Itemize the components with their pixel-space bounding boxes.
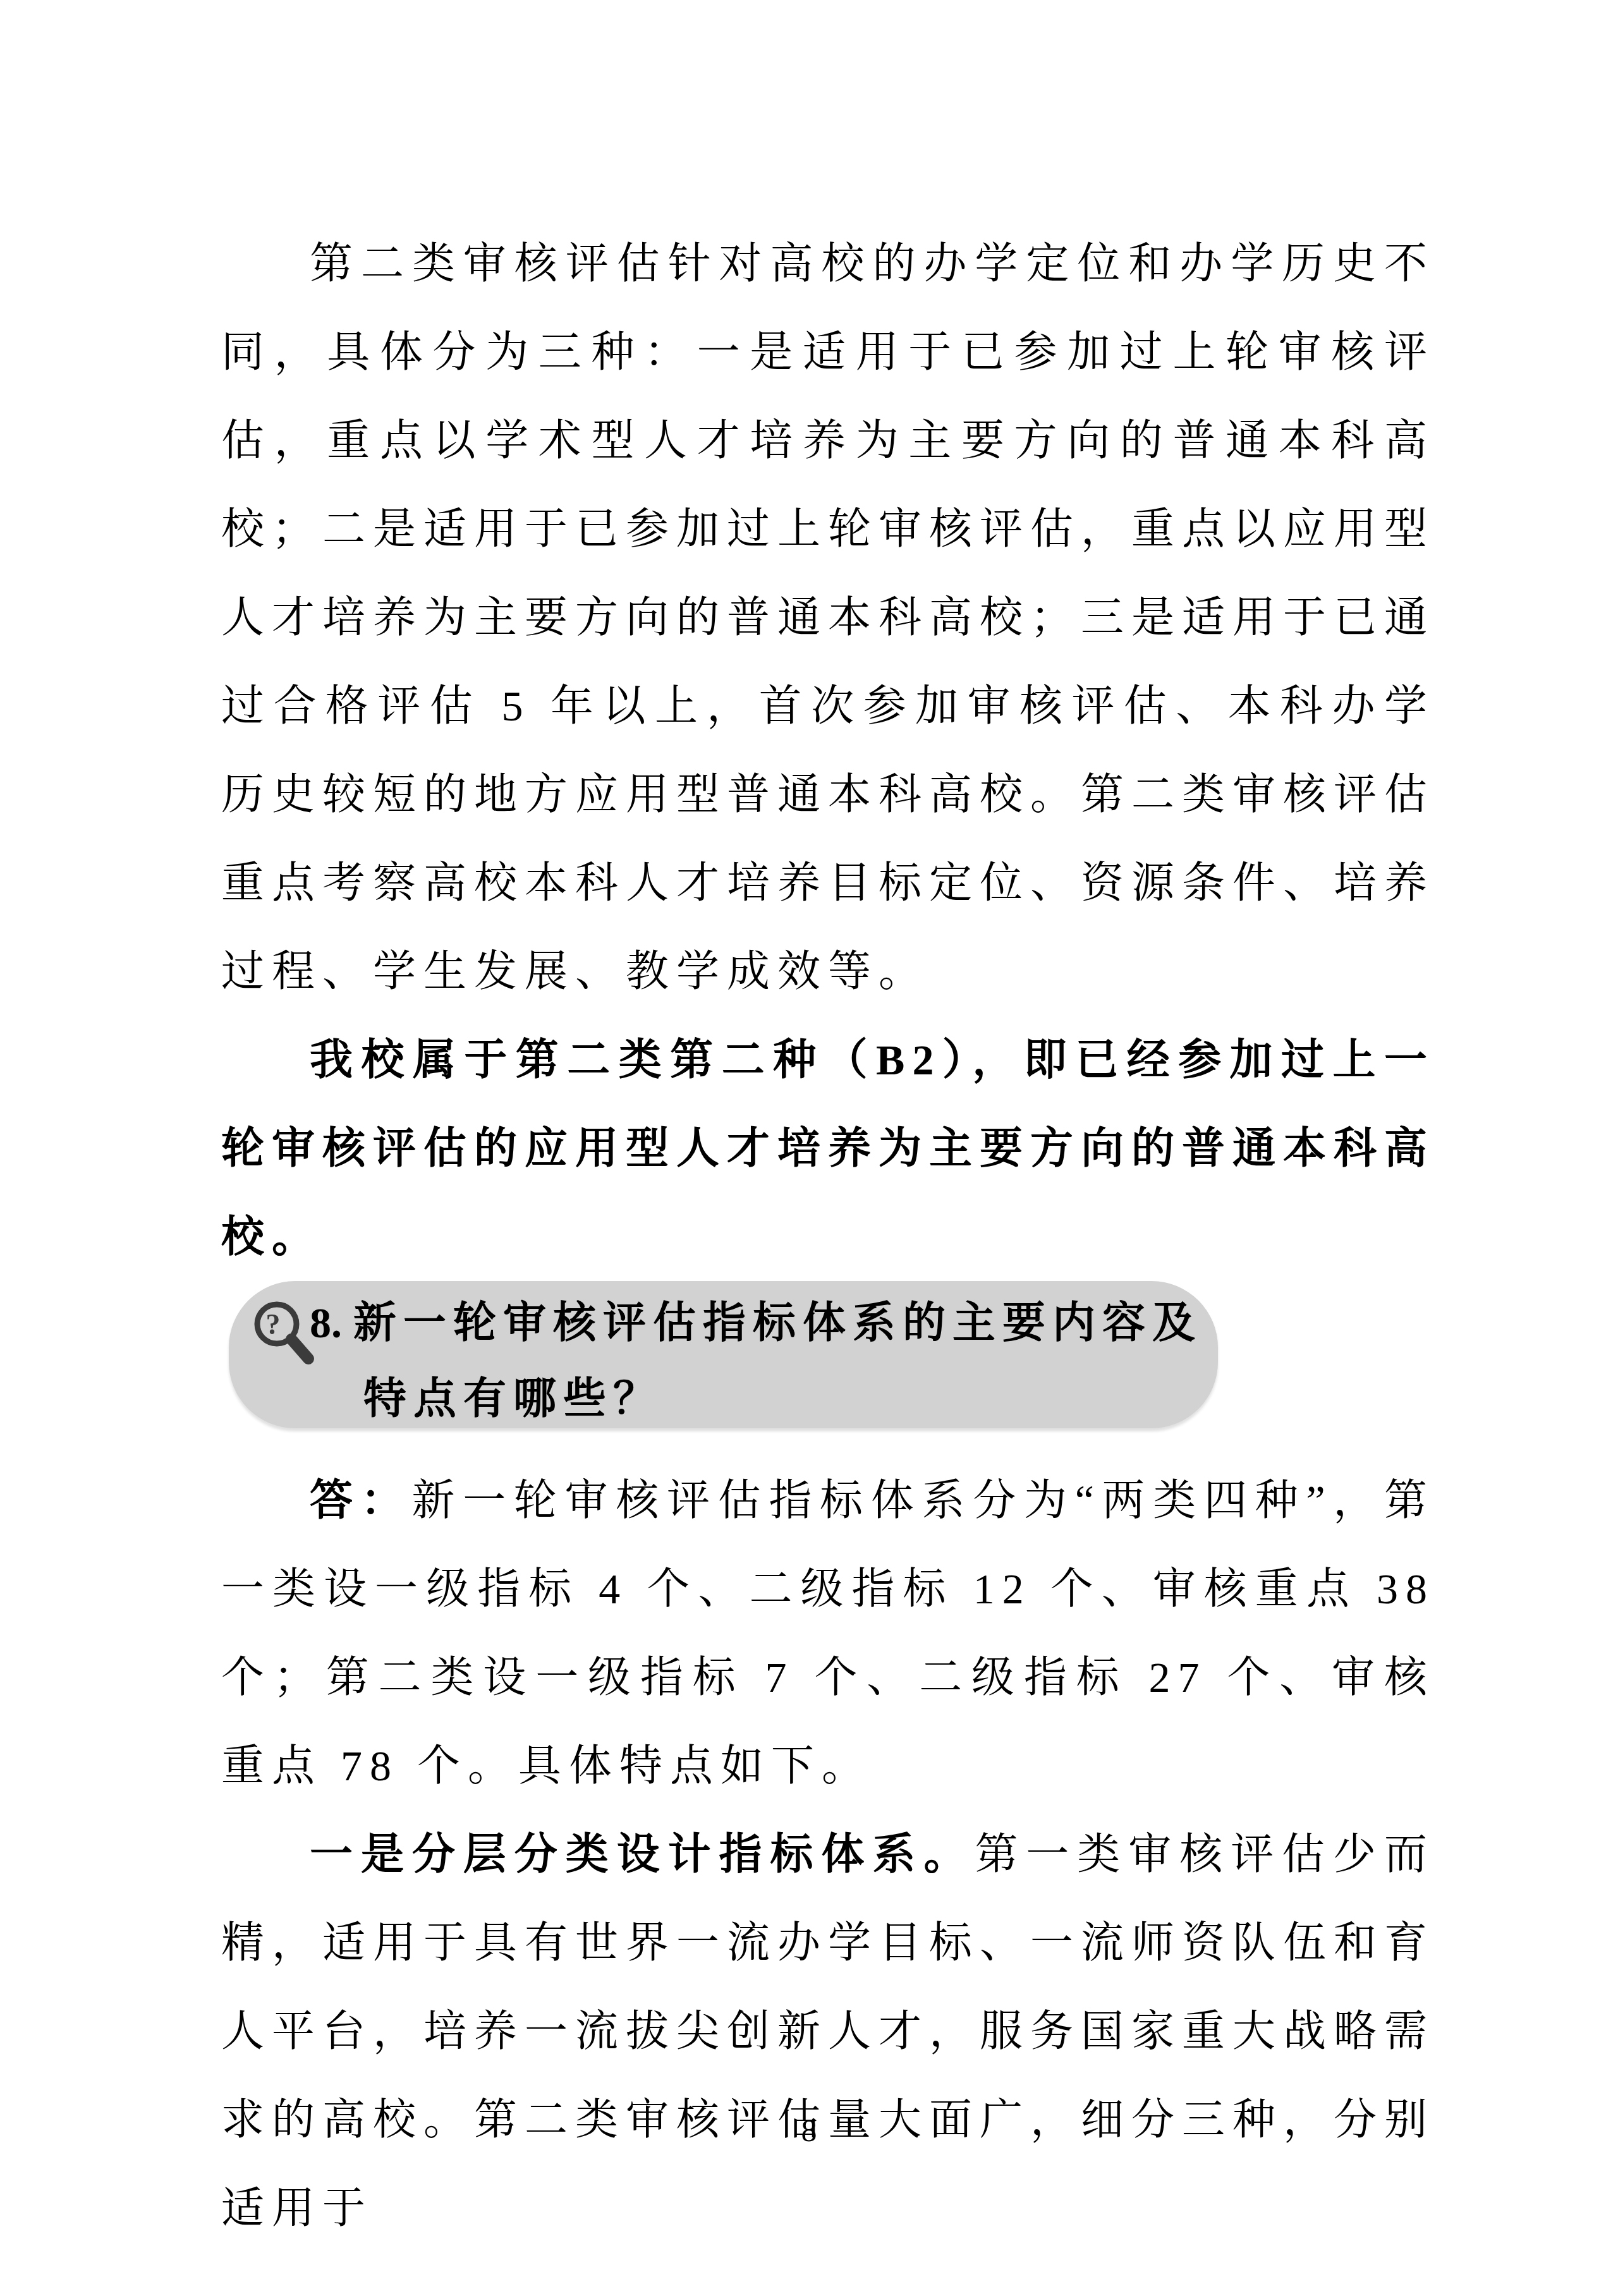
page-number: 8 bbox=[0, 2108, 1618, 2153]
feature-one-lead: 一是分层分类设计指标体系。 bbox=[310, 1830, 975, 1878]
paragraph-our-school-category: 我校属于第二类第二种（B2），即已经参加过上一轮审核评估的应用型人才培养为主要方… bbox=[221, 1016, 1435, 1281]
question-box: ? 8.新一轮审核评估指标体系的主要内容及 特点有哪些？ bbox=[229, 1281, 1218, 1428]
magnifier-question-icon: ? bbox=[252, 1299, 318, 1378]
paragraph-our-school-category-text: 我校属于第二类第二种（B2），即已经参加过上一轮审核评估的应用型人才培养为主要方… bbox=[221, 1036, 1435, 1261]
answer-label: 答： bbox=[310, 1476, 411, 1524]
paragraph-feature-one: 一是分层分类设计指标体系。第一类审核评估少而精，适用于具有世界一流办学目标、一流… bbox=[221, 1810, 1435, 2252]
paragraph-answer: 答：新一轮审核评估指标体系分为“两类四种”，第一类设一级指标 4 个、二级指标 … bbox=[221, 1456, 1435, 1810]
question-box-line1: 8.新一轮审核评估指标体系的主要内容及 bbox=[229, 1285, 1218, 1361]
question-title-part1: 新一轮审核评估指标体系的主要内容及 bbox=[353, 1299, 1202, 1347]
paragraph-category2-intro-text: 第二类审核评估针对高校的办学定位和办学历史不同，具体分为三种：一是适用于已参加过… bbox=[221, 240, 1435, 995]
paragraph-category2-intro: 第二类审核评估针对高校的办学定位和办学历史不同，具体分为三种：一是适用于已参加过… bbox=[221, 219, 1435, 1016]
feature-one-text: 第一类审核评估少而精，适用于具有世界一流办学目标、一流师资队伍和育人平台，培养一… bbox=[221, 1830, 1435, 2232]
question-box-line2: 特点有哪些？ bbox=[229, 1361, 1218, 1437]
body-text: 第二类审核评估针对高校的办学定位和办学历史不同，具体分为三种：一是适用于已参加过… bbox=[221, 219, 1435, 2252]
question-mark-glyph: ? bbox=[266, 1308, 288, 1340]
document-page: { "page": { "number": "8", "background_c… bbox=[0, 0, 1618, 2296]
